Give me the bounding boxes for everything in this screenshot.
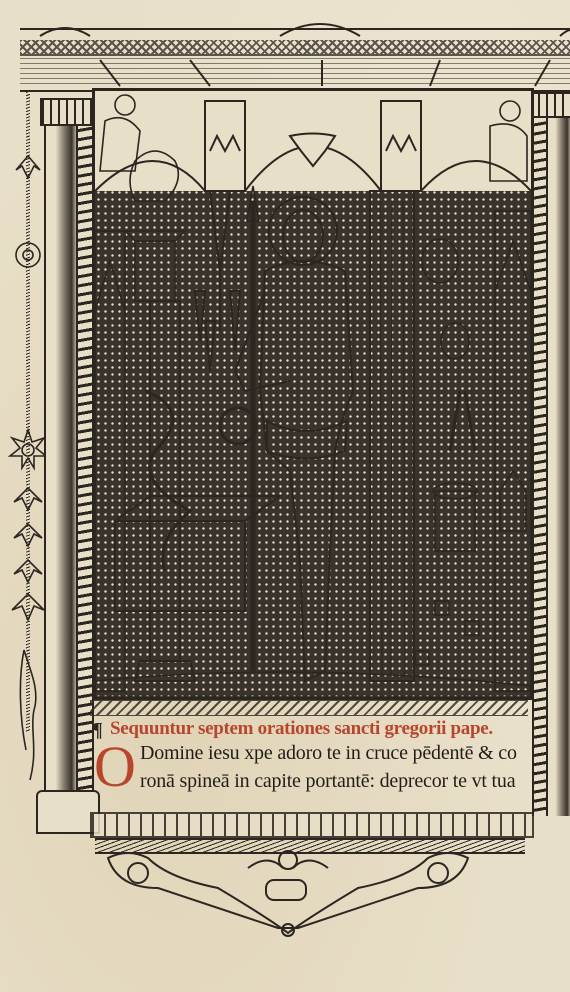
- text-block: ¶ Sequuntur septem orationes sancti greg…: [92, 718, 532, 810]
- barrel-icon: [266, 880, 306, 900]
- lower-frieze: [90, 812, 534, 838]
- bud-icon: [14, 488, 42, 510]
- wings-icon: [248, 861, 328, 869]
- gothic-pinnacle: [495, 211, 531, 691]
- bud-icon: [16, 156, 40, 178]
- text-line-1: Domine iesu xpe adoro te in cruce pēdent…: [140, 742, 517, 765]
- wild-man-icon: [20, 650, 35, 780]
- rosette-icon: [128, 863, 148, 883]
- bud-icon: [12, 594, 44, 620]
- flagellation-column: [135, 301, 195, 681]
- pincers-icon: [450, 391, 475, 451]
- bud-icon: [14, 560, 42, 582]
- left-gothic-pinnacle: [95, 231, 125, 691]
- left-capital: [40, 98, 96, 126]
- lantern-icon: [435, 491, 475, 551]
- die-icon: [465, 621, 479, 635]
- entablature-ornaments: [20, 8, 570, 88]
- bud-icon: [14, 524, 42, 546]
- woodcut-illustration: [92, 88, 534, 700]
- man-of-sorrows-scene: [95, 91, 531, 697]
- left-column-shaft: [44, 120, 80, 810]
- rubric-heading: Sequuntur septem orationes sancti gregor…: [110, 718, 493, 740]
- sun-star-icon: [10, 430, 46, 468]
- right-column-shaft: [546, 96, 570, 816]
- die-icon: [415, 651, 429, 665]
- spear-bundle-icon: [195, 191, 240, 371]
- die-icon: [435, 601, 449, 615]
- red-initial: O: [94, 738, 136, 796]
- purse-icon: [441, 323, 469, 359]
- right-capital: [528, 92, 570, 118]
- halo-icon: [269, 197, 337, 265]
- putto-tailpiece: [98, 848, 478, 938]
- chevron-band: [90, 700, 528, 716]
- rosette-icon: [16, 243, 40, 267]
- text-line-2: ronā spineā in capite portantē: deprecor…: [140, 770, 515, 793]
- servant-head-icon: [422, 239, 458, 283]
- rosette-icon: [428, 863, 448, 883]
